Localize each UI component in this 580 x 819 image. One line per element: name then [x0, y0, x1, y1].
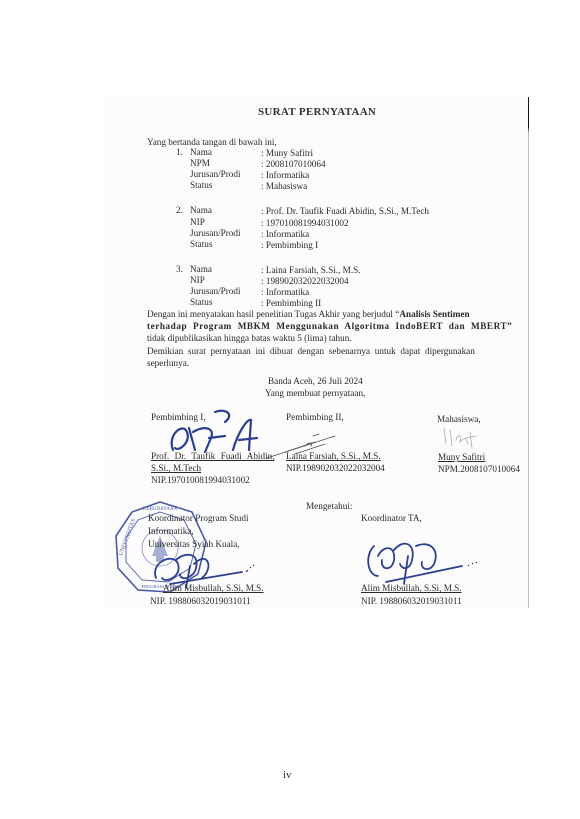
mahasiswa-npm: NPM.2008107010064 [438, 465, 520, 474]
statement-line-4: Demikian surat pernyataan ini dibuat den… [147, 347, 475, 356]
acknowledged-label: Mengetahui: [306, 502, 352, 511]
document-title: SURAT PERNYATAAN [258, 106, 376, 118]
svg-text:UNIVERSITAS: UNIVERSITAS [118, 518, 137, 557]
statement-line-1: Dengan ini menyatakan hasil penelitian T… [147, 310, 470, 319]
statement-text: Dengan ini menyatakan hasil penelitian T… [147, 309, 399, 319]
person-3-value-nama: : Laina Farsiah, S.Si., M.S. [261, 266, 361, 275]
person-3-label-nip: NIP [190, 276, 205, 285]
statement-line-5: seperlunya. [147, 359, 189, 368]
koordinator-prodi-role-2: Informatika, [148, 527, 194, 536]
person-2-label-nip: NIP [190, 218, 205, 227]
person-2-value-jurusan: : Informatika [261, 230, 309, 239]
person-1-value-npm: : 2008107010064 [261, 160, 326, 169]
person-1-value-jurusan: : Informatika [261, 171, 309, 180]
person-2-number: 2. [176, 206, 183, 215]
intro-text: Yang bertanda tangan di bawah ini, [147, 138, 277, 147]
person-2-label-nama: Nama [190, 206, 212, 215]
pembimbing2-nip: NIP.198902032022032004 [286, 464, 385, 473]
person-2-label-jurusan: Jurusan/Prodi [190, 229, 241, 238]
person-3-number: 3. [176, 265, 183, 274]
person-2-value-nip: : 197010081994031002 [261, 219, 349, 228]
person-1-value-nama: : Muny Safitri [261, 149, 313, 158]
person-3-label-nama: Nama [190, 265, 212, 274]
pembimbing1-name-line2: S.Si., M.Tech [151, 464, 201, 473]
person-3-value-nip: : 198902032022032004 [261, 277, 349, 286]
person-1-label-status: Status [190, 181, 212, 190]
pembimbing1-nip: NIP.197010081994031002 [151, 476, 250, 485]
koordinator-ta-name: Alim Misbullah, S.Si, M.S. [361, 584, 462, 593]
thesis-title-part-2: terhadap Program MBKM Menggunakan Algori… [147, 322, 512, 331]
pembimbing2-name: Laina Farsiah, S.Si., M.S. [286, 452, 381, 461]
person-3-label-jurusan: Jurusan/Prodi [190, 287, 241, 296]
koordinator-prodi-role-1: Koordinator Program Studi [148, 514, 249, 523]
page-number: iv [283, 769, 292, 781]
place-date: Banda Aceh, 26 Juli 2024 [268, 377, 363, 386]
statement-line-3: tidak dipublikasikan hingga batas waktu … [147, 334, 352, 343]
person-1-label-npm: NPM [190, 159, 210, 168]
koordinator-prodi-name: Alim Misbullah, S.Si, M.S. [163, 584, 264, 593]
mahasiswa-name: Muny Safitri [438, 453, 485, 462]
koordinator-prodi-nip: NIP. 198806032019031011 [150, 597, 251, 606]
signature-koordinator-ta [364, 536, 484, 586]
person-2-label-status: Status [190, 240, 212, 249]
koordinator-ta-nip: NIP. 198806032019031011 [361, 597, 462, 606]
signature-mahasiswa [440, 424, 480, 452]
pembimbing2-role: Pembimbing II, [286, 413, 344, 422]
person-3-value-jurusan: : Informatika [261, 288, 309, 297]
person-3-value-status: : Pembimbing II [261, 299, 321, 308]
koordinator-ta-role: Koordinator TA, [361, 514, 422, 523]
person-3-label-status: Status [190, 298, 212, 307]
scan-edge-line [528, 97, 529, 608]
made-by-label: Yang membuat pernyataan, [265, 389, 365, 398]
person-1-number: 1. [176, 148, 183, 157]
thesis-title-part-1: Analisis Sentimen [399, 309, 469, 319]
svg-text:KEBUDAYAAN: KEBUDAYAAN [143, 507, 178, 512]
person-1-label-jurusan: Jurusan/Prodi [190, 170, 241, 179]
person-2-value-status: : Pembimbing I [261, 241, 318, 250]
person-1-label-nama: Nama [190, 148, 212, 157]
mahasiswa-role: Mahasiswa, [437, 415, 481, 424]
pembimbing1-name-line1: Prof. Dr. Taufik Fuadi Abidin, [151, 452, 275, 461]
person-1-value-status: : Mahasiswa [261, 182, 307, 191]
person-2-value-nama: : Prof. Dr. Taufik Fuadi Abidin, S.Si., … [261, 207, 429, 216]
